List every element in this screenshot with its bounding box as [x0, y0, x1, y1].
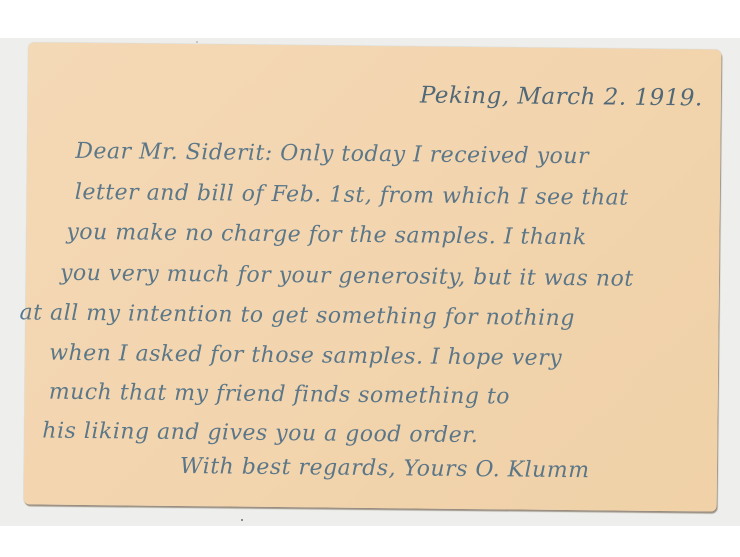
- dust-speck: [241, 519, 243, 521]
- letter-line: when I asked for those samples. I hope v…: [49, 341, 562, 371]
- dateline: Peking, March 2. 1919.: [420, 82, 703, 111]
- letter-line: you make no charge for the samples. I th…: [66, 220, 586, 250]
- dust-speck: [196, 41, 198, 43]
- postcard: Peking, March 2. 1919. Dear Mr. Siderit:…: [24, 42, 722, 511]
- letter-line: you very much for your generosity, but i…: [60, 261, 634, 292]
- letter-line: Dear Mr. Siderit: Only today I received …: [75, 139, 589, 169]
- letter-line: much that my friend finds something to: [49, 380, 510, 410]
- letter-line: at all my intention to get something for…: [19, 300, 574, 331]
- letter-line: letter and bill of Feb. 1st, from which …: [75, 180, 629, 211]
- closing-signature: With best regards, Yours O. Klumm: [180, 454, 590, 483]
- letter-line: his liking and gives you a good order.: [42, 419, 478, 449]
